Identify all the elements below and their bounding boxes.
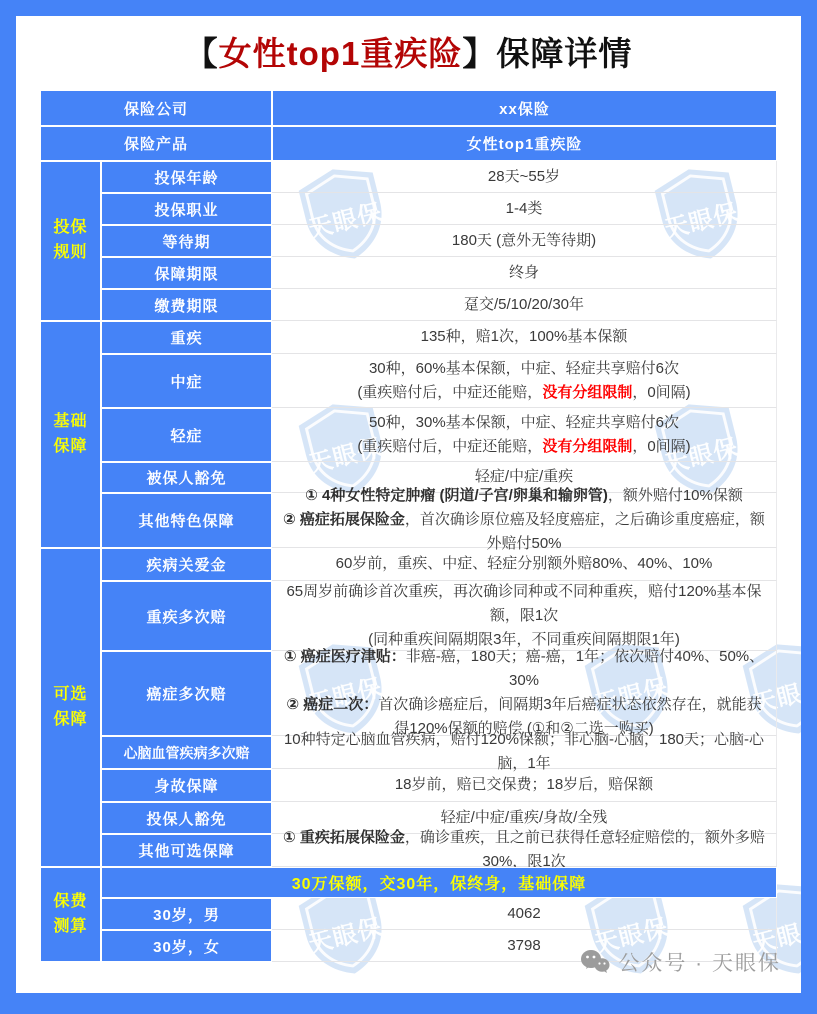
content-panel: 天眼保天眼保天眼保天眼保天眼保天眼保天眼保天眼保天眼保天眼保 【女性top1重疾… bbox=[16, 16, 801, 993]
row-label-premium-female-30: 30岁，女 bbox=[101, 930, 272, 962]
footer-branding: 公众号 · 天眼保 bbox=[580, 947, 781, 977]
row-value-payment-term: 趸交/5/10/20/30年 bbox=[272, 289, 777, 321]
benefit-table: 保险公司 xx保险 保险产品 女性top1重疾险 投保规则 投保年龄 28天~5… bbox=[40, 90, 777, 962]
row-label-special-features: 其他特色保障 bbox=[101, 493, 272, 548]
row-label-payment-term: 缴费期限 bbox=[101, 289, 272, 321]
row-value-waiting-period: 180天 (意外无等待期) bbox=[272, 225, 777, 257]
row-label-occupation: 投保职业 bbox=[101, 193, 272, 225]
title-black-text: 保障详情 bbox=[496, 35, 632, 72]
row-value-mild-illness: 50种，30%基本保额，中症、轻症共享赔付6次 (重疾赔付后，中症还能赔，没有分… bbox=[272, 408, 777, 462]
group-basic-coverage: 基础保障 bbox=[40, 321, 101, 548]
company-label: 保险公司 bbox=[40, 90, 272, 126]
row-value-death-benefit: 18岁前，赔已交保费；18岁后，赔保额 bbox=[272, 769, 777, 802]
group-premium-estimate: 保费测算 bbox=[40, 867, 101, 962]
page-title: 【女性top1重疾险】保障详情 bbox=[16, 28, 801, 75]
row-value-premium-male-30: 4062 bbox=[272, 898, 777, 930]
row-label-critical-illness: 重疾 bbox=[101, 321, 272, 354]
row-label-policyholder-waiver: 投保人豁免 bbox=[101, 802, 272, 834]
row-label-apply-age: 投保年龄 bbox=[101, 161, 272, 193]
company-value: xx保险 bbox=[272, 90, 777, 126]
row-label-cancer-multiple-claims: 癌症多次赔 bbox=[101, 651, 272, 736]
row-value-apply-age: 28天~55岁 bbox=[272, 161, 777, 193]
row-value-critical-illness: 135种，赔1次，100%基本保额 bbox=[272, 321, 777, 354]
title-bracket-close: 】 bbox=[462, 35, 496, 72]
product-label: 保险产品 bbox=[40, 126, 272, 161]
row-value-other-optional: ① 重疾拓展保险金，确诊重疾，且之前已获得任意轻症赔偿的，额外多赔30%，限1次 bbox=[272, 834, 777, 867]
row-label-premium-male-30: 30岁，男 bbox=[101, 898, 272, 930]
row-value-ci-multiple-claims: 65周岁前确诊首次重疾，再次确诊同种或不同种重疾，赔付120%基本保额，限1次 … bbox=[272, 581, 777, 651]
title-bracket-open: 【 bbox=[185, 35, 219, 72]
premium-conditions-header: 30万保额，交30年，保终身，基础保障 bbox=[101, 867, 777, 898]
row-value-coverage-term: 终身 bbox=[272, 257, 777, 289]
row-value-cancer-multiple-claims: ① 癌症医疗津贴：非癌-癌，180天；癌-癌，1年；依次赔付40%、50%、30… bbox=[272, 651, 777, 736]
row-label-insured-waiver: 被保人豁免 bbox=[101, 462, 272, 493]
row-value-illness-care-benefit: 60岁前，重疾、中症、轻症分别额外赔80%、40%、10% bbox=[272, 548, 777, 581]
row-label-illness-care-benefit: 疾病关爱金 bbox=[101, 548, 272, 581]
row-value-occupation: 1-4类 bbox=[272, 193, 777, 225]
row-label-moderate-illness: 中症 bbox=[101, 354, 272, 408]
footer-text: 公众号 · 天眼保 bbox=[618, 947, 781, 977]
row-value-special-features: ① 4种女性特定肿瘤 (阴道/子宫/卵巢和输卵管)，额外赔付10%保额 ② 癌症… bbox=[272, 493, 777, 548]
group-apply-rules: 投保规则 bbox=[40, 161, 101, 321]
row-label-cardio-multiple-claims: 心脑血管疾病多次赔 bbox=[101, 736, 272, 769]
group-optional-coverage: 可选保障 bbox=[40, 548, 101, 867]
row-label-mild-illness: 轻症 bbox=[101, 408, 272, 462]
row-value-moderate-illness: 30种，60%基本保额，中症、轻症共享赔付6次 (重疾赔付后，中症还能赔，没有分… bbox=[272, 354, 777, 408]
row-label-death-benefit: 身故保障 bbox=[101, 769, 272, 802]
row-label-other-optional: 其他可选保障 bbox=[101, 834, 272, 867]
row-label-ci-multiple-claims: 重疾多次赔 bbox=[101, 581, 272, 651]
wechat-icon bbox=[580, 949, 610, 975]
row-value-cardio-multiple-claims: 10种特定心脑血管疾病，赔付120%保额；非心脑-心脑，180天；心脑-心脑，1… bbox=[272, 736, 777, 769]
row-label-waiting-period: 等待期 bbox=[101, 225, 272, 257]
row-label-coverage-term: 保障期限 bbox=[101, 257, 272, 289]
product-value: 女性top1重疾险 bbox=[272, 126, 777, 161]
title-red-text: 女性top1重疾险 bbox=[219, 35, 463, 72]
